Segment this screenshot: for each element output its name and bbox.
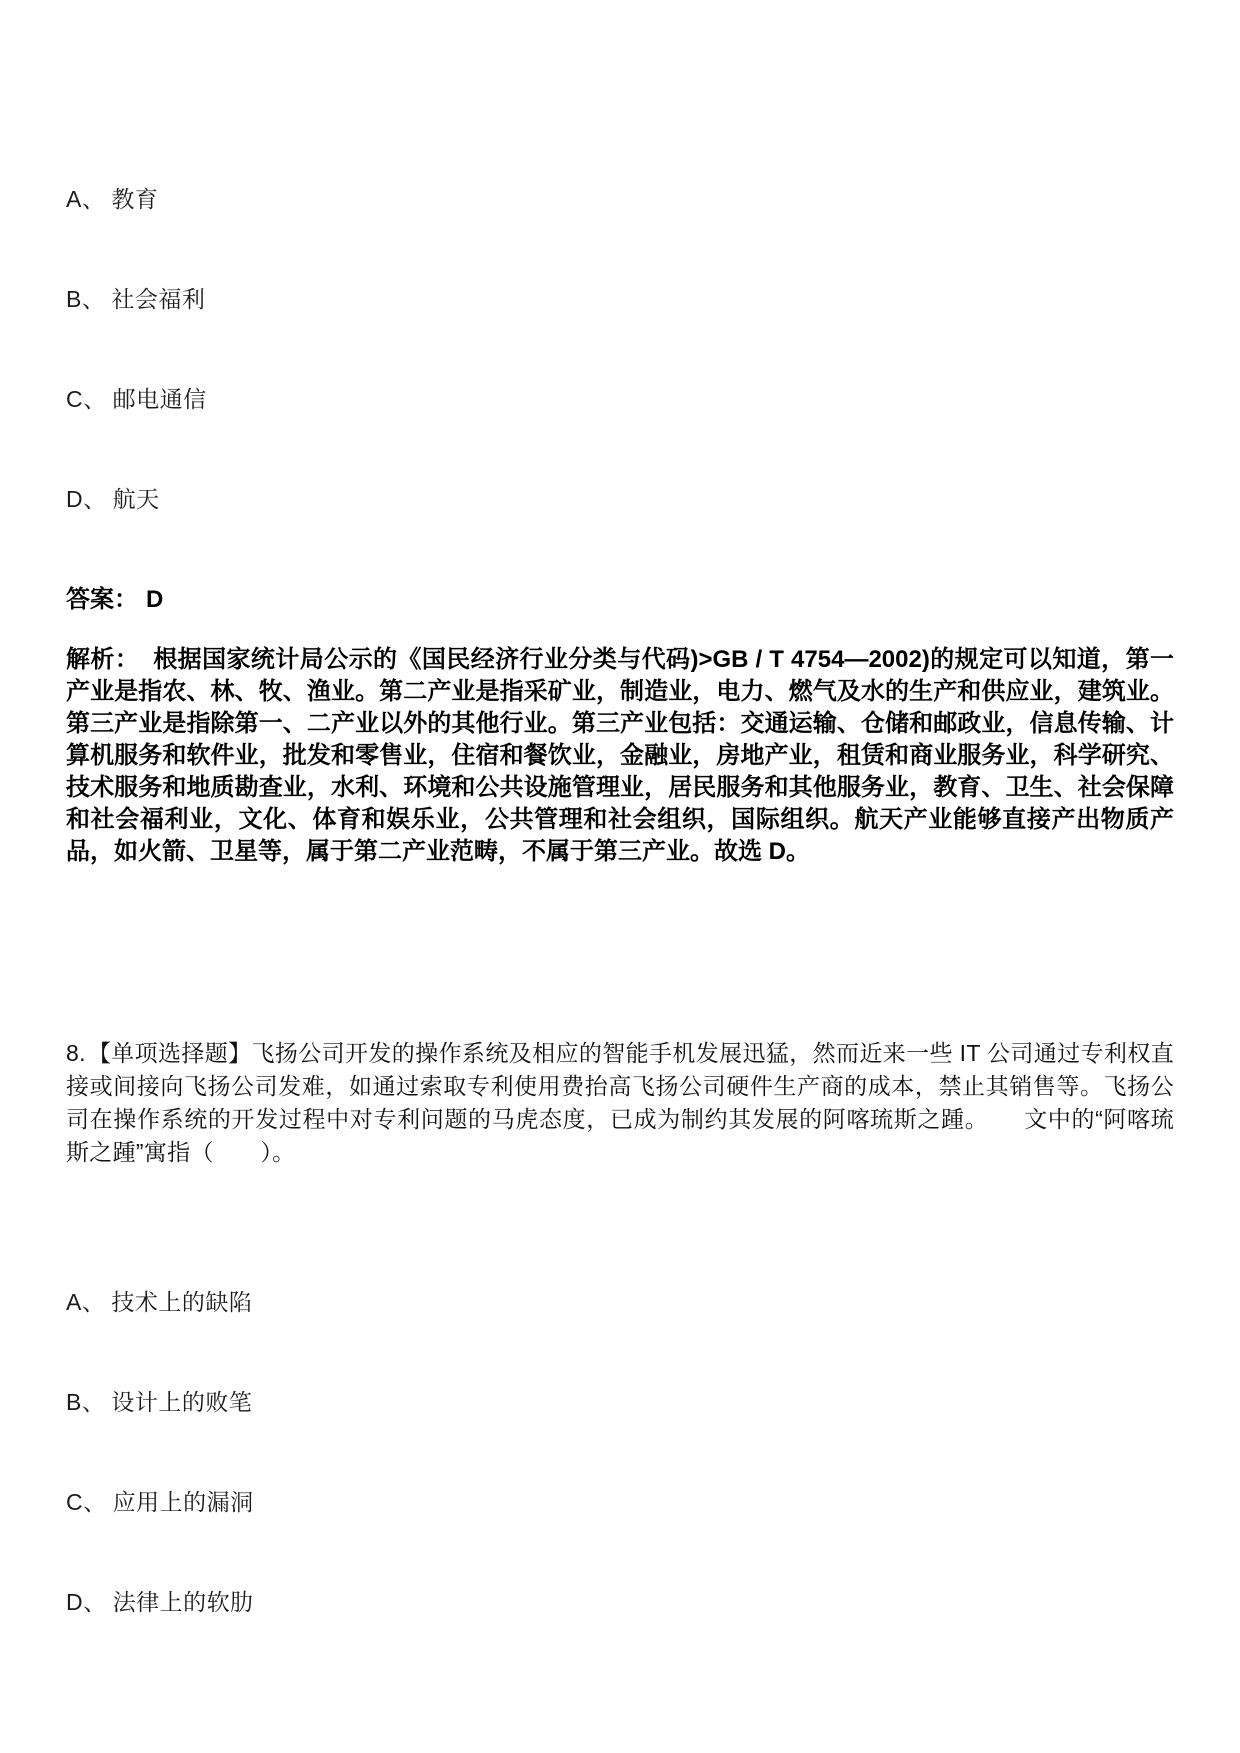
question-8-type-tag: 【单项选择题】 — [88, 1040, 252, 1066]
q8-option-b-text: 设计上的败笔 — [111, 1389, 252, 1415]
answer-label: 答案： — [66, 586, 138, 613]
prev-option-a-letter: A、 — [66, 186, 105, 212]
prev-option-d-text: 航天 — [113, 486, 160, 512]
q8-option-b-letter: B、 — [66, 1389, 105, 1415]
analysis-paragraph: 解析：根据国家统计局公示的《国民经济行业分类与代码)>GB / T 4754—2… — [66, 644, 1174, 868]
prev-option-d: D、航天 — [66, 486, 1174, 512]
question-8-number: 8. — [66, 1040, 86, 1066]
exam-document-page: A、教育 B、社会福利 C、邮电通信 D、航天 答案：D 解析：根据国家统计局公… — [0, 0, 1240, 1753]
analysis-text: 根据国家统计局公示的《国民经济行业分类与代码)>GB / T 4754—2002… — [66, 646, 1174, 865]
q8-option-d-letter: D、 — [66, 1589, 107, 1615]
prev-option-d-letter: D、 — [66, 486, 107, 512]
q8-option-a: A、技术上的缺陷 — [66, 1289, 1174, 1315]
prev-option-c-text: 邮电通信 — [113, 386, 207, 412]
prev-option-a: A、教育 — [66, 186, 1174, 212]
prev-option-b-text: 社会福利 — [111, 286, 205, 312]
answer-line: 答案：D — [66, 586, 1174, 613]
answer-value: D — [146, 586, 163, 613]
q8-option-c-letter: C、 — [66, 1489, 107, 1515]
prev-option-c: C、邮电通信 — [66, 386, 1174, 412]
q8-option-b: B、设计上的败笔 — [66, 1389, 1174, 1415]
q8-option-d: D、法律上的软肋 — [66, 1589, 1174, 1615]
prev-option-c-letter: C、 — [66, 386, 107, 412]
q8-option-d-text: 法律上的软肋 — [113, 1589, 254, 1615]
prev-option-a-text: 教育 — [111, 186, 158, 212]
analysis-label: 解析： — [66, 646, 139, 673]
q8-option-c-text: 应用上的漏洞 — [113, 1489, 254, 1515]
q8-option-a-letter: A、 — [66, 1289, 105, 1315]
question-8-stem: 8.【单项选择题】飞扬公司开发的操作系统及相应的智能手机发展迅猛，然而近来一些 … — [66, 1037, 1174, 1169]
prev-option-b: B、社会福利 — [66, 286, 1174, 312]
q8-option-a-text: 技术上的缺陷 — [111, 1289, 252, 1315]
q8-option-c: C、应用上的漏洞 — [66, 1489, 1174, 1515]
prev-option-b-letter: B、 — [66, 286, 105, 312]
